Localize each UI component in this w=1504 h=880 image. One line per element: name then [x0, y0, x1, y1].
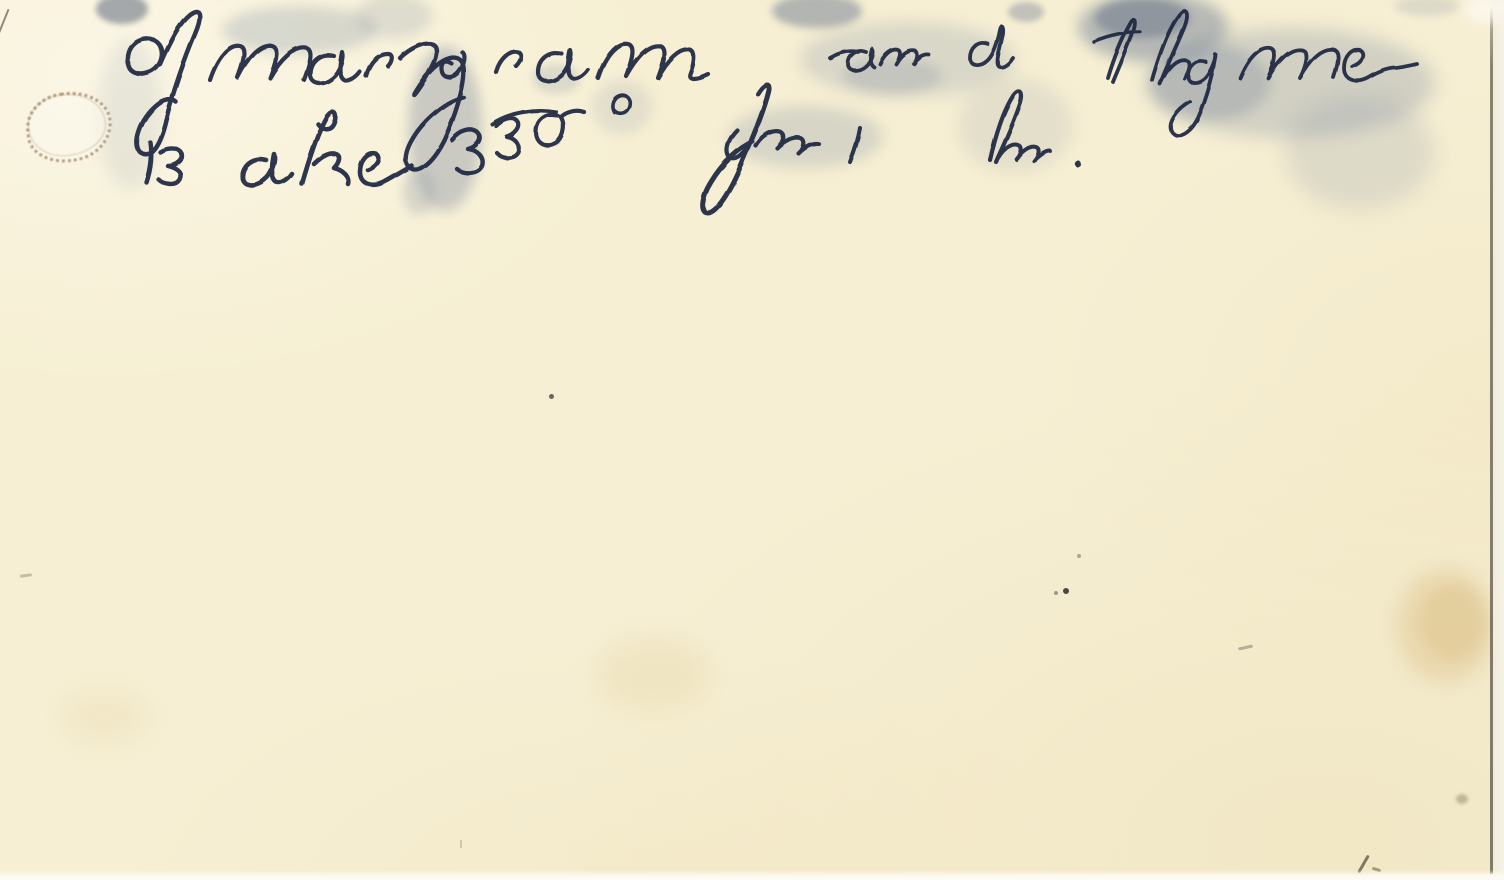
scan-bottom-edge	[0, 870, 1504, 880]
scan-right-margin	[1493, 0, 1504, 880]
word-for	[703, 85, 819, 213]
number-1	[850, 128, 860, 162]
handwritten-line-1-text: of marjoram and thyme	[120, 18, 782, 78]
word-hr	[990, 91, 1081, 167]
word-thyme	[1094, 11, 1417, 135]
period-mark	[1075, 161, 1081, 167]
recipe-card-scan: of marjoram and thyme Bake 350° for 1 hr…	[0, 0, 1504, 880]
card-edge-line	[1490, 6, 1493, 874]
handwritten-line-2-text: Bake 350° for 1 hr.	[135, 110, 674, 170]
word-and	[830, 27, 1013, 71]
